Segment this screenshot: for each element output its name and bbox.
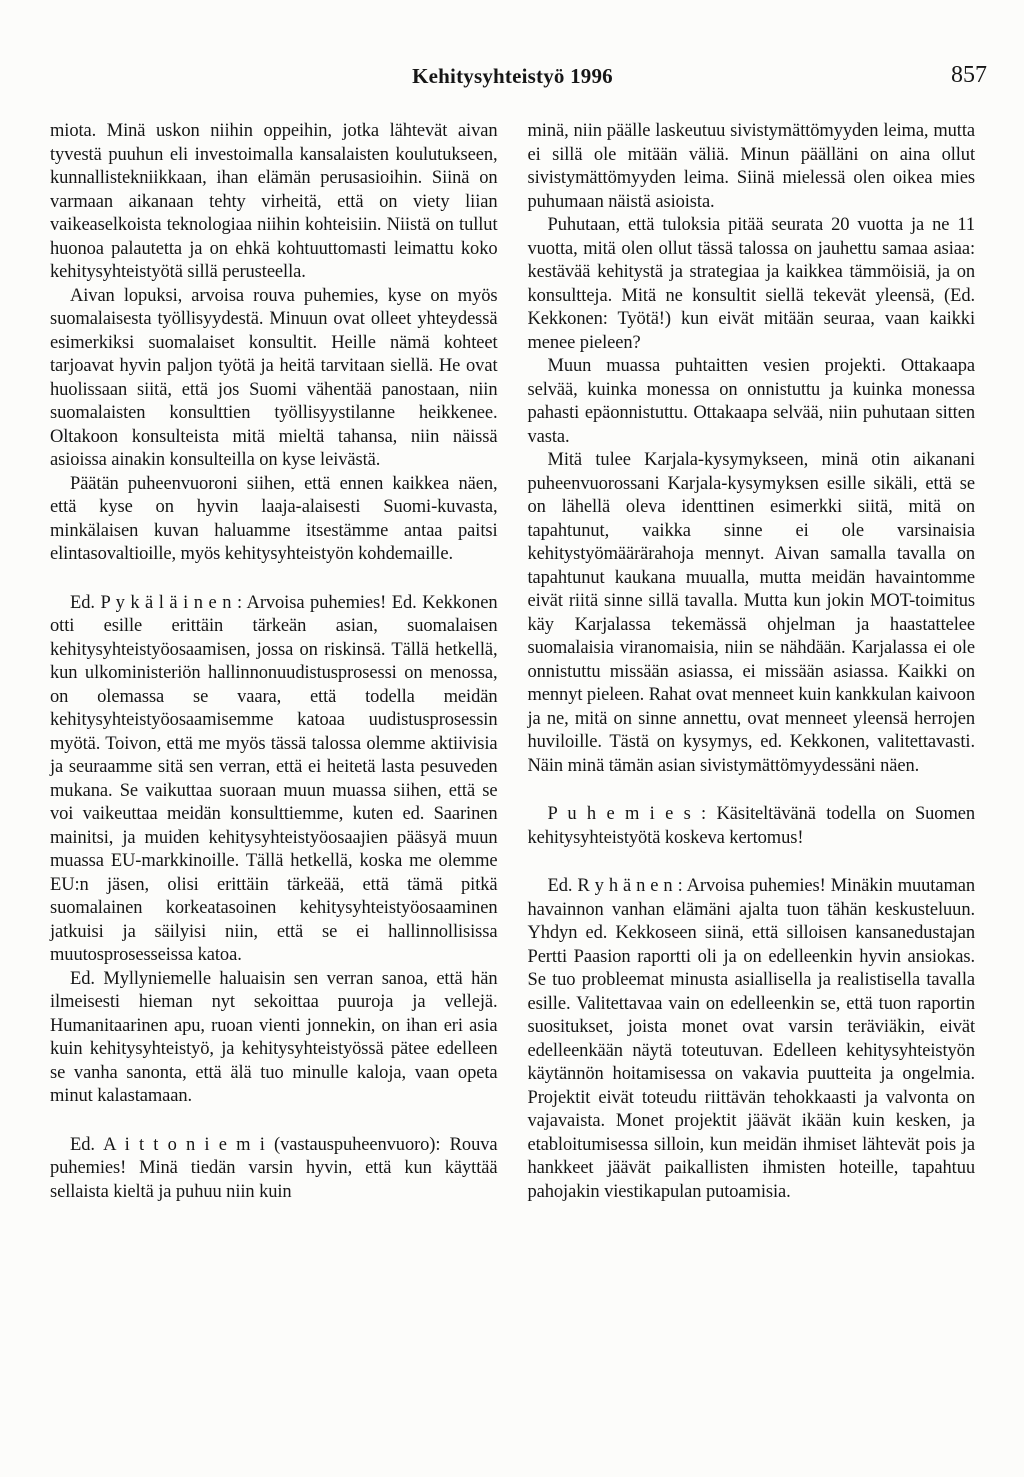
scanned-document-page: Kehitysyhteistyö 1996 857 miota. Minä us… [0, 0, 1024, 1477]
paragraph: Ed. A i t t o n i e m i (vastauspuheenvu… [50, 1134, 498, 1205]
paragraph: minä, niin päälle laskeutuu sivistymättö… [528, 120, 976, 214]
paragraph: Ed. P y k ä l ä i n e n : Arvoisa puhemi… [50, 592, 498, 968]
paragraph: Ed. Myllyniemelle haluaisin sen verran s… [50, 968, 498, 1109]
paragraph: Puhutaan, että tuloksia pitää seurata 20… [528, 214, 976, 355]
paragraph: Ed. R y h ä n e n : Arvoisa puhemies! Mi… [528, 875, 976, 1204]
page-number: 857 [951, 62, 987, 89]
paragraph: Muun muassa puhtaitten vesien projekti. … [528, 355, 976, 449]
right-column: minä, niin päälle laskeutuu sivistymättö… [528, 120, 976, 1204]
page-header: Kehitysyhteistyö 1996 857 [50, 64, 975, 94]
paragraph: Mitä tulee Karjala-kysymykseen, minä oti… [528, 449, 976, 778]
paragraph: miota. Minä uskon niihin oppeihin, jotka… [50, 120, 498, 285]
text-columns: miota. Minä uskon niihin oppeihin, jotka… [50, 120, 975, 1204]
paragraph: P u h e m i e s : Käsiteltävänä todella … [528, 803, 976, 850]
paragraph: Päätän puheenvuoroni siihen, että ennen … [50, 473, 498, 567]
running-title: Kehitysyhteistyö 1996 [50, 64, 975, 89]
paragraph: Aivan lopuksi, arvoisa rouva puhemies, k… [50, 285, 498, 473]
left-column: miota. Minä uskon niihin oppeihin, jotka… [50, 120, 498, 1204]
